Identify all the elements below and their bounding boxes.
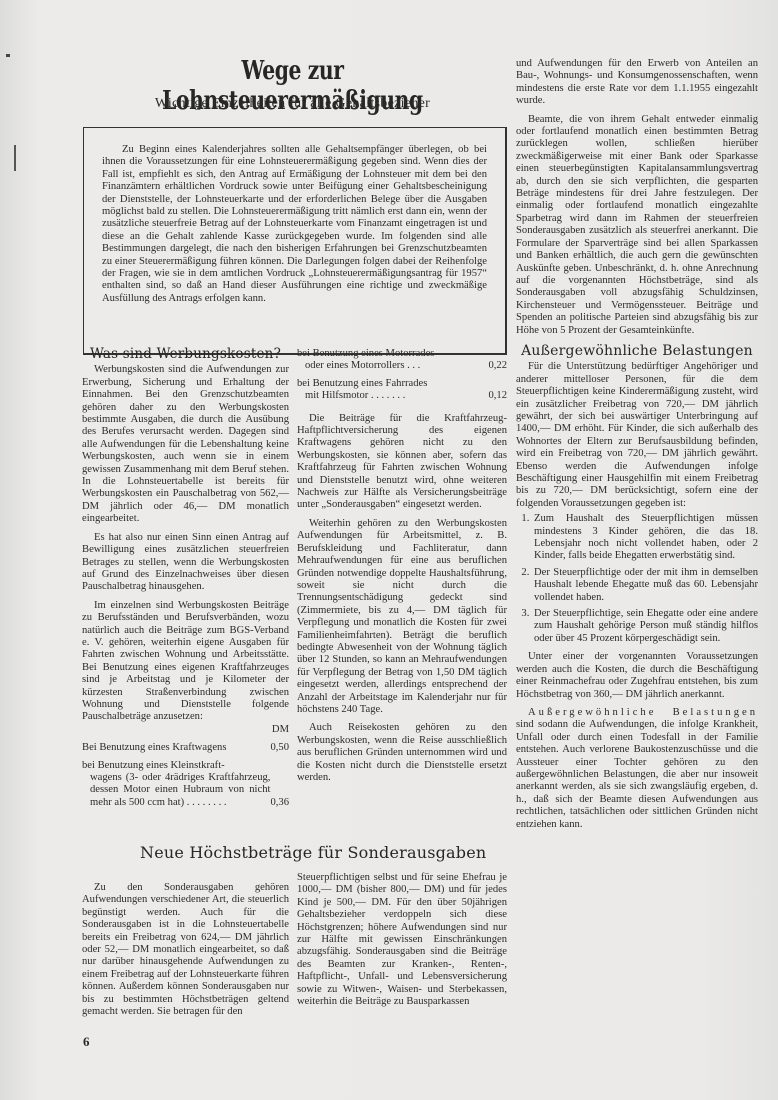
scan-mark xyxy=(14,145,16,171)
rate-row: bei Benutzung eines Fahrrades mit Hilfsm… xyxy=(297,378,507,403)
paragraph: Außergewöhnliche Belastungen sind sodann… xyxy=(516,707,758,831)
rate-label: bei Benutzung eines Motorrades xyxy=(297,348,507,360)
paragraph: Steuerpflichtigen selbst und für seine E… xyxy=(297,872,507,1008)
section-heading-sonderausgaben: Neue Höchstbeträge für Sonderausgaben xyxy=(140,843,510,862)
rate-value: 0,50 xyxy=(270,742,289,754)
paragraph: Die Beiträge für die Kraftfahrzeug-Haftp… xyxy=(297,413,507,512)
paragraph: Beamte, die von ihrem Gehalt entweder ei… xyxy=(516,114,758,337)
rate-value: 0,22 xyxy=(488,360,507,372)
rate-label-continued: mit Hilfsmotor . . . . . . . xyxy=(305,390,405,402)
paragraph: Es hat also nur einen Sinn einen Antrag … xyxy=(82,532,289,594)
paragraph: Weiterhin gehören zu den Werbungskosten … xyxy=(297,518,507,717)
paragraph: und Aufwendungen für den Erwerb von Ante… xyxy=(516,58,758,108)
rates-unit-label: DM xyxy=(82,724,289,736)
document-page: Wege zur Lohnsteuerermäßigung Wichtige E… xyxy=(0,0,778,1100)
rate-label-continued: oder eines Motorrollers . . . xyxy=(305,360,420,372)
rate-row: Bei Benutzung eines Kraftwagens 0,50 xyxy=(82,742,289,754)
rate-row: bei Benutzung eines Kleinstkraft- wagens… xyxy=(82,760,289,810)
rate-value: 0,36 xyxy=(270,797,289,809)
column-werbungskosten-1: Was sind Werbungskosten? Werbungskosten … xyxy=(82,348,289,814)
rate-row: bei Benutzung eines Motorrades oder eine… xyxy=(297,348,507,373)
rate-label-continued: wagens (3- oder 4rädriges Kraftfahrzeug,… xyxy=(90,772,270,809)
column-right: und Aufwendungen für den Erwerb von Ante… xyxy=(516,58,758,837)
article-subtitle: Wichtige Einzelheiten für alle Gehaltsbe… xyxy=(90,96,495,112)
column-sonderausgaben-2: Steuerpflichtigen selbst und für seine E… xyxy=(297,872,507,1014)
section-heading-belastungen: Außergewöhnliche Belastungen xyxy=(516,345,758,357)
paragraph: Für die Unterstützung bedürftiger Angehö… xyxy=(516,361,758,510)
spaced-emphasis: Außergewöhnliche Belastungen xyxy=(528,707,758,718)
scan-mark xyxy=(6,54,10,57)
rate-value: 0,12 xyxy=(488,390,507,402)
rate-label: Bei Benutzung eines Kraftwagens xyxy=(82,742,226,754)
paragraph-text: sind sodann die Aufwendungen, die infolg… xyxy=(516,719,758,829)
paragraph: Werbungskosten sind die Aufwendungen zur… xyxy=(82,364,289,525)
page-number: 6 xyxy=(83,1034,90,1050)
paragraph: Auch Reisekosten gehören zu den Werbungs… xyxy=(297,722,507,784)
conditions-list: Zum Haushalt des Steuerpflichtigen müsse… xyxy=(516,513,758,645)
paragraph: Unter einer der vorgenannten Voraussetzu… xyxy=(516,651,758,701)
rate-label: bei Benutzung eines Kleinstkraft- xyxy=(82,760,289,772)
column-sonderausgaben-1: Zu den Sonderausgaben gehören Aufwendung… xyxy=(82,882,289,1024)
condition-item: Zum Haushalt des Steuerpflichtigen müsse… xyxy=(532,513,758,563)
column-werbungskosten-2: bei Benutzung eines Motorrades oder eine… xyxy=(297,348,507,790)
section-heading-werbungskosten: Was sind Werbungskosten? xyxy=(82,348,289,360)
condition-item: Der Steuerpflichtige, sein Ehegatte oder… xyxy=(532,608,758,645)
paragraph: Zu den Sonderausgaben gehören Aufwendung… xyxy=(82,882,289,1018)
intro-box: Zu Beginn eines Kalenderjahres sollten a… xyxy=(83,127,507,355)
condition-item: Der Steuerpflichtige oder der mit ihm in… xyxy=(532,567,758,604)
paragraph: Im einzelnen sind Werbungskosten Beiträg… xyxy=(82,600,289,724)
rate-label: bei Benutzung eines Fahrrades xyxy=(297,378,507,390)
